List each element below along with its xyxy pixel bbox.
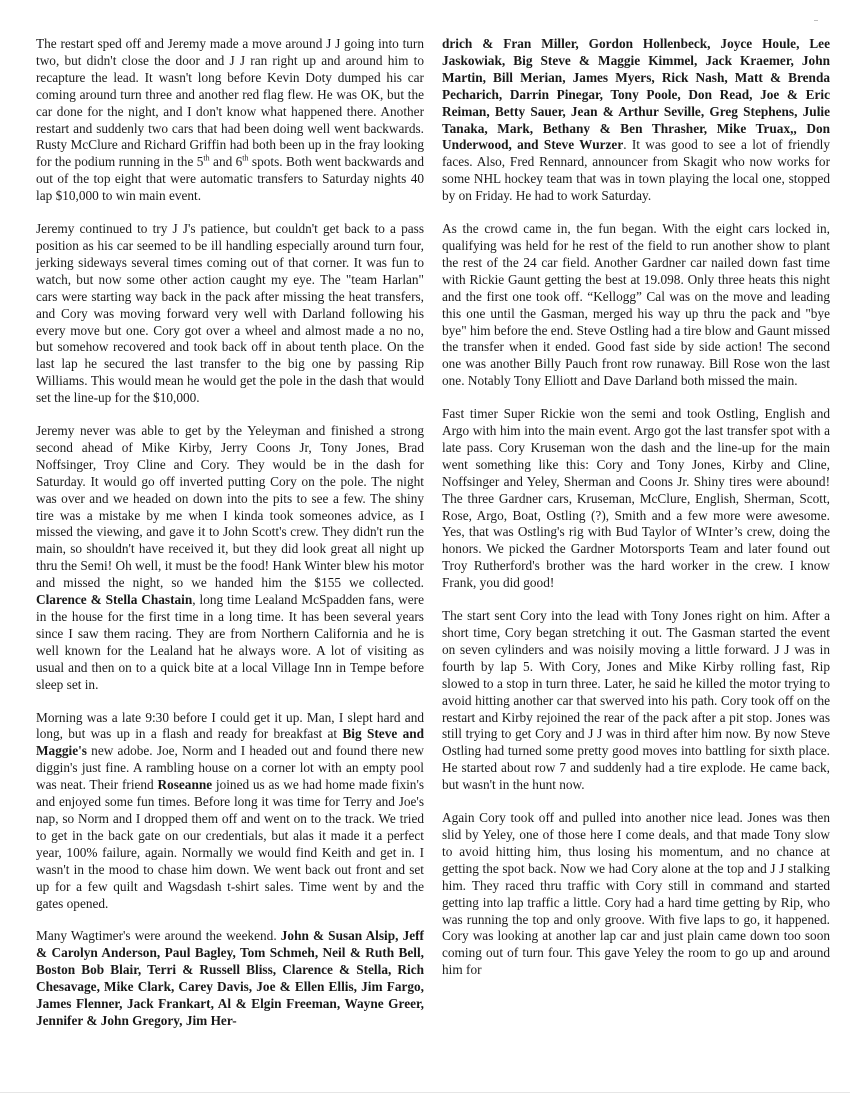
paragraph-text: Jeremy never was able to get by the Yele… [36, 423, 424, 590]
paragraph-text: The restart sped off and Jeremy made a m… [36, 36, 424, 169]
scan-artifact [816, 64, 819, 65]
paragraph-text: joined us as we had home made fixin's an… [36, 777, 424, 910]
paragraph-text: Many Wagtimer's were around the weekend. [36, 928, 281, 943]
scan-artifact [814, 20, 818, 21]
bold-names: Roseanne [157, 777, 212, 792]
paragraph-jeremy-patience: Jeremy continued to try J J's patience, … [36, 221, 424, 407]
left-column: The restart sped off and Jeremy made a m… [36, 36, 424, 1030]
bold-names: Clarence & Stella Chastain [36, 592, 192, 607]
paragraph-yeleyman: Jeremy never was able to get by the Yele… [36, 423, 424, 694]
paragraph-restart: The restart sped off and Jeremy made a m… [36, 36, 424, 205]
paragraph-wagtimers-continued: drich & Fran Miller, Gordon Hollenbeck, … [442, 36, 830, 205]
newsletter-page: The restart sped off and Jeremy made a m… [0, 0, 850, 1100]
paragraph-morning: Morning was a late 9:30 before I could g… [36, 710, 424, 913]
paragraph-start: The start sent Cory into the lead with T… [442, 608, 830, 794]
paragraph-wagtimers: Many Wagtimer's were around the weekend.… [36, 928, 424, 1029]
paragraph-crowd: As the crowd came in, the fun began. Wit… [442, 221, 830, 390]
paragraph-fast-timer: Fast timer Super Rickie won the semi and… [442, 406, 830, 592]
right-column: drich & Fran Miller, Gordon Hollenbeck, … [442, 36, 830, 979]
bold-names: drich & Fran Miller, Gordon Hollenbeck, … [442, 36, 830, 152]
paragraph-text: and 6 [210, 154, 243, 169]
paragraph-again-cory: Again Cory took off and pulled into anot… [442, 810, 830, 979]
scan-edge-line [0, 1092, 850, 1093]
